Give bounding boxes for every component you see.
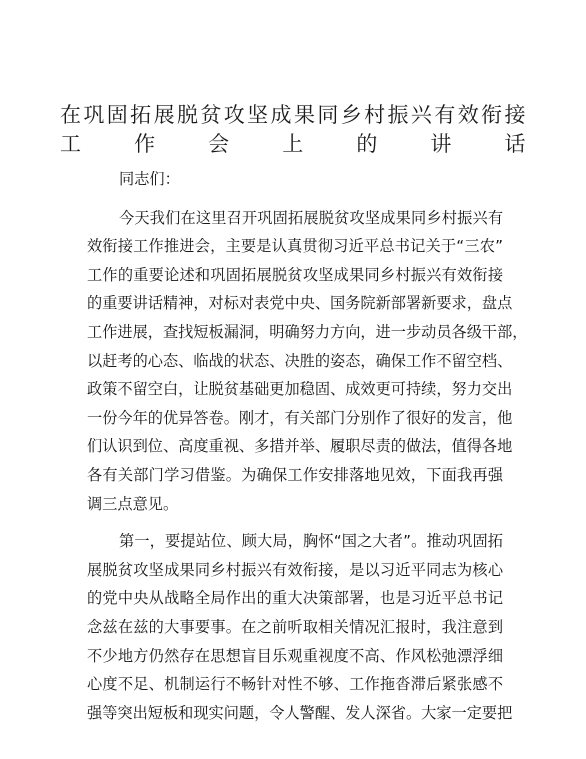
title-line-1: 在巩固拓展脱贫攻坚成果同乡村振兴有效衔接 <box>60 100 526 129</box>
text-line: 的重要讲话精神，对标对表党中央、国务院新部署新要求，盘点 <box>87 289 503 318</box>
text-line: 们认识到位、高度重视、多措并举、履职尽责的做法，值得各地 <box>87 432 503 461</box>
paragraph-intro: 今天我们在这里召开巩固拓展脱贫攻坚成果同乡村振兴有 效衔接工作推进会，主要是认真… <box>87 204 503 519</box>
text-line: 效衔接工作推进会，主要是认真贯彻习近平总书记关于“三农” <box>87 232 503 261</box>
text-line: 的党中央从战略全局作出的重大决策部署，也是习近平总书记 <box>87 584 503 613</box>
text-line: 各有关部门学习借鉴。为确保工作安排落地见效，下面我再强 <box>87 461 503 490</box>
document-body: 同志们： 今天我们在这里召开巩固拓展脱贫攻坚成果同乡村振兴有 效衔接工作推进会，… <box>87 165 503 736</box>
paragraph-point-one: 第一，要提站位、顾大局，胸怀“国之大者”。推动巩固拓 展脱贫攻坚成果同乡村振兴有… <box>87 527 503 727</box>
text-line: 政策不留空白，让脱贫基础更加稳固、成效更可持续，努力交出 <box>87 375 503 404</box>
text-line: 工作的重要论述和巩固拓展脱贫攻坚成果同乡村振兴有效衔接 <box>87 261 503 290</box>
text-line: 强等突出短板和现实问题，令人警醒、发人深省。大家一定要把 <box>87 699 503 728</box>
greeting: 同志们： <box>87 165 503 194</box>
text-line: 今天我们在这里召开巩固拓展脱贫攻坚成果同乡村振兴有 <box>87 204 503 233</box>
text-line: 不少地方仍然存在思想盲目乐观重视度不高、作风松弛漂浮细 <box>87 642 503 671</box>
text-line: 工作进展，查找短板漏洞，明确努力方向，进一步动员各级干部， <box>87 318 503 347</box>
text-line: 展脱贫攻坚成果同乡村振兴有效衔接，是以习近平同志为核心 <box>87 556 503 585</box>
text-line: 调三点意见。 <box>87 490 503 519</box>
text-line: 心度不足、机制运行不畅针对性不够、工作拖沓滞后紧张感不 <box>87 670 503 699</box>
text-line: 第一，要提站位、顾大局，胸怀“国之大者”。推动巩固拓 <box>87 527 503 556</box>
title-line-2: 工作会上的讲话 <box>60 129 526 158</box>
document-title: 在巩固拓展脱贫攻坚成果同乡村振兴有效衔接 工作会上的讲话 <box>60 100 526 157</box>
text-line: 念兹在兹的大事要事。在之前听取相关情况汇报时，我注意到 <box>87 613 503 642</box>
text-line: 以赶考的心态、临战的状态、决胜的姿态，确保工作不留空档、 <box>87 347 503 376</box>
document-page: 在巩固拓展脱贫攻坚成果同乡村振兴有效衔接 工作会上的讲话 同志们： 今天我们在这… <box>0 0 586 759</box>
text-line: 一份今年的优异答卷。刚才，有关部门分别作了很好的发言，他 <box>87 404 503 433</box>
